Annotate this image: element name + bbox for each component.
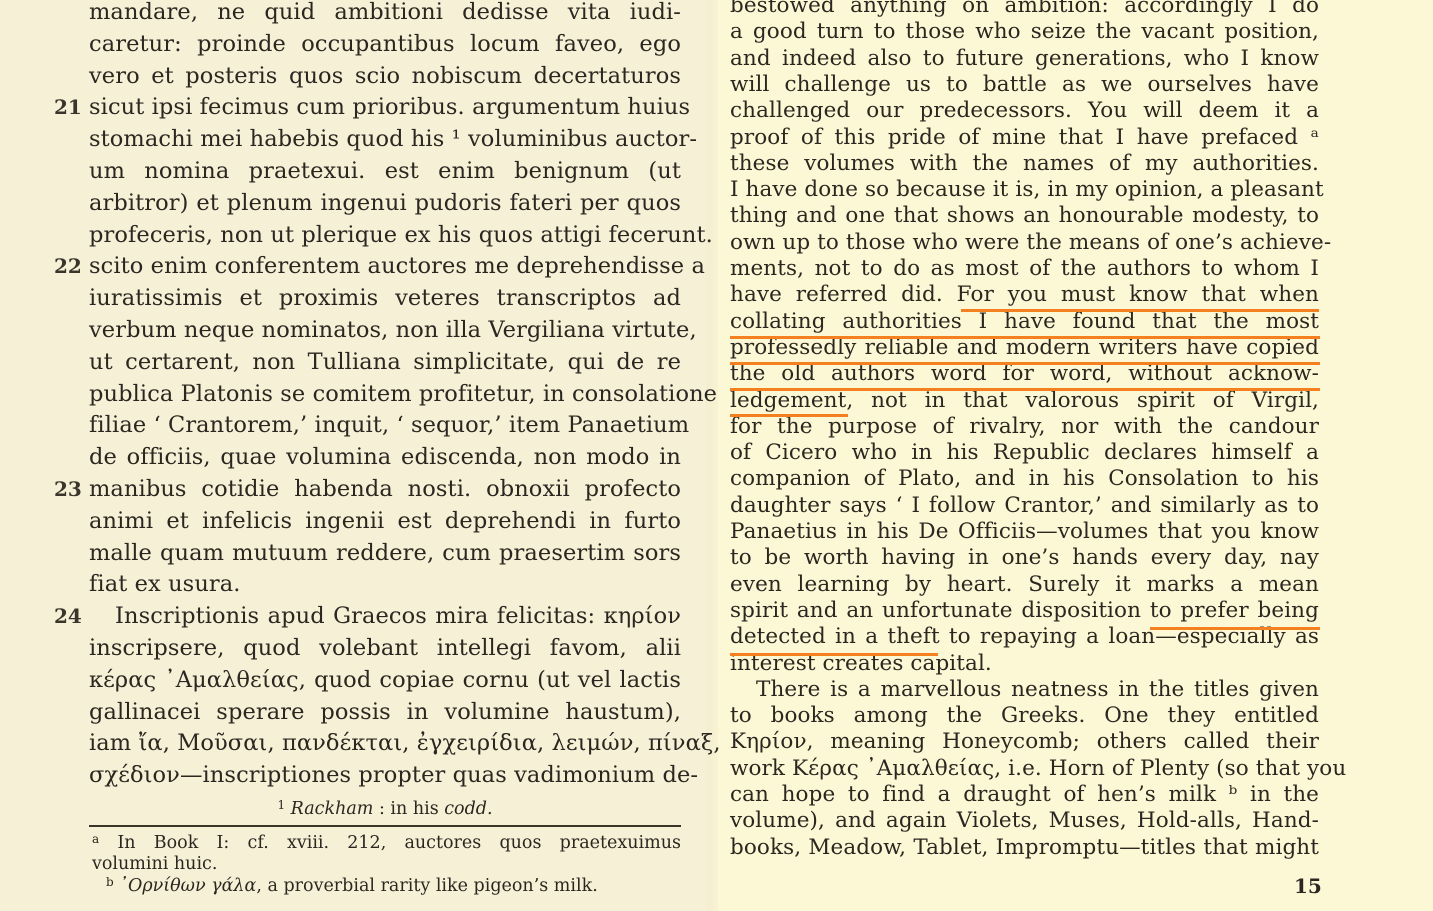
section-number: 22	[54, 250, 82, 282]
footnote-a-line1: a In Book I: cf. xviii. 212, auctores qu…	[92, 833, 681, 854]
textual-note: 1 Rackham : in his codd.	[89, 797, 681, 821]
translation-text-line: can hope to find a draught of hen’s milk…	[730, 781, 1319, 809]
latin-text-line: gallinacei sperare possis in volumine ha…	[89, 696, 681, 728]
translation-text-line: books, Meadow, Tablet, Impromptu—titles …	[730, 834, 1319, 862]
textual-note-marker: 1	[277, 798, 285, 812]
highlight-underline	[730, 336, 1320, 339]
latin-text-line: de officiis, quae volumina ediscenda, no…	[89, 441, 681, 473]
latin-text-line: caretur: proinde occupantibus locum fave…	[89, 28, 681, 60]
textual-note-codd: codd.	[444, 799, 492, 819]
translation-text-line: to be worth having in one’s hands every …	[730, 544, 1319, 572]
footnote-b-greek: ᾿Ορνίθων γάλα	[119, 876, 256, 896]
footnote-a-marker: a	[92, 832, 99, 846]
footnote-b-marker: b	[106, 875, 114, 889]
translation-text-line: There is a marvellous neatness in the ti…	[730, 676, 1319, 704]
latin-text-line: κέρας ᾿Αμαλθείας, quod copiae cornu (ut …	[89, 664, 681, 696]
latin-text-line: um nomina praetexui. est enim benignum (…	[89, 155, 681, 187]
highlight-underline	[961, 309, 1319, 312]
latin-text-line: sicut ipsi fecimus cum prioribus. argume…	[89, 91, 681, 123]
translation-text-line: Panaetius in his De Officiis—volumes tha…	[730, 518, 1319, 546]
textual-note-text: : in his	[373, 799, 444, 819]
page-number: 15	[1294, 874, 1322, 898]
translation-text-line: Κηρίον, meaning Honeycomb; others called…	[730, 728, 1319, 756]
latin-text-line: filiae ‘ Crantorem,’ inquit, ‘ sequor,’ …	[89, 409, 681, 441]
latin-text-line: σχέδιον—inscriptiones propter quas vadim…	[89, 759, 681, 791]
book-gutter	[706, 0, 718, 911]
translation-text-line: thing and one that shows an honourable m…	[730, 202, 1319, 230]
latin-text-line: publica Platonis se comitem profitetur, …	[89, 378, 681, 410]
latin-text-line: verbum neque nominatos, non illa Vergili…	[89, 314, 681, 346]
translation-text-line: will challenge us to battle as we oursel…	[730, 71, 1319, 99]
translation-text-line: of Cicero who in his Republic declares h…	[730, 439, 1319, 467]
highlight-underline	[730, 414, 848, 417]
latin-text-line: vero et posteris quos scio nobiscum dece…	[89, 60, 681, 92]
highlight-underline	[730, 653, 938, 656]
latin-text-line: malle quam mutuum reddere, cum praeserti…	[89, 537, 681, 569]
translation-text-line: spirit and an unfortunate disposition to…	[730, 597, 1319, 625]
highlight-underline	[1150, 627, 1320, 630]
latin-text-line: stomachi mei habebis quod his ¹ volumini…	[89, 123, 681, 155]
highlight-underline	[730, 388, 1320, 391]
latin-text-line: iuratissimis et proximis veteres transcr…	[89, 282, 681, 314]
translation-text-line: volume), and again Violets, Muses, Hold-…	[730, 807, 1319, 835]
translation-text-line: own up to those who were the means of on…	[730, 229, 1319, 257]
latin-text-line: scito enim conferentem auctores me depre…	[89, 250, 681, 282]
latin-text-line: ut certarent, non Tulliana simplicitate,…	[89, 346, 681, 378]
footnote-b: b ᾿Ορνίθων γάλα, a proverbial rarity lik…	[106, 876, 695, 897]
translation-text-line: daughter says ‘ I follow Crantor,’ and s…	[730, 492, 1319, 520]
latin-text-line: arbitror) et plenum ingenui pudoris fate…	[89, 187, 681, 219]
latin-text-line: Inscriptionis apud Graecos mira felicita…	[89, 600, 681, 632]
highlight-underline	[730, 362, 1320, 365]
translation-text-line: bestowed anything on ambition: according…	[730, 0, 1319, 20]
footnote-a-line2: volumini huic.	[92, 854, 681, 875]
translation-text-line: have referred did. For you must know tha…	[730, 281, 1319, 309]
translation-text-line: to books among the Greeks. One they enti…	[730, 702, 1319, 730]
latin-text-line: manibus cotidie habenda nosti. obnoxii p…	[89, 473, 681, 505]
translation-text-line: these volumes with the names of my autho…	[730, 150, 1319, 178]
latin-text-line: animi et infelicis ingenii est deprehend…	[89, 505, 681, 537]
latin-text-line: profeceris, non ut plerique ex his quos …	[89, 219, 681, 251]
translation-text-line: companion of Plato, and in his Consolati…	[730, 465, 1319, 493]
section-number: 23	[54, 473, 82, 505]
translation-text-line: work Κέρας ᾿Αμαλθείας, i.e. Horn of Plen…	[730, 755, 1319, 783]
translation-text-line: I have done so because it is, in my opin…	[730, 176, 1319, 204]
latin-text-line: inscripsere, quod volebant intellegi fav…	[89, 632, 681, 664]
translation-text-line: even learning by heart. Surely it marks …	[730, 571, 1319, 599]
latin-text-line: fiat ex usura.	[89, 568, 681, 600]
latin-text-line: mandare, ne quid ambitioni dedisse vita …	[89, 0, 681, 28]
translation-text-line: proof of this pride of mine that I have …	[730, 124, 1319, 152]
footnote-a-text: In Book I: cf. xviii. 212, auctores quos…	[117, 833, 681, 853]
textual-note-editor: Rackham	[291, 799, 374, 819]
translation-text-line: ments, not to do as most of the authors …	[730, 255, 1319, 283]
footnote-b-text: , a proverbial rarity like pigeon’s milk…	[256, 876, 597, 896]
translation-text-line: a good turn to those who seize the vacan…	[730, 18, 1319, 46]
footnote-divider	[89, 825, 681, 827]
latin-text-line: iam ἴα, Μοῦσαι, πανδέκται, ἐγχειρίδια, λ…	[89, 727, 681, 759]
section-number: 24	[54, 600, 82, 632]
translation-text-line: and indeed also to future generations, w…	[730, 45, 1319, 73]
translation-text-line: challenged our predecessors. You will de…	[730, 97, 1319, 125]
section-number: 21	[54, 91, 82, 123]
